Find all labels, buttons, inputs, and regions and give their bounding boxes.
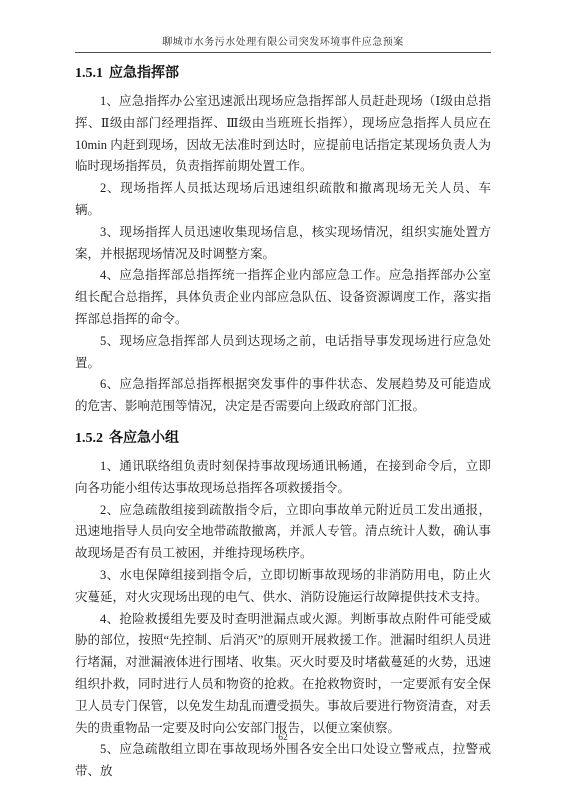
section-heading-1-5-2: 1.5.2各应急小组: [75, 430, 491, 448]
section-heading-1-5-1: 1.5.1应急指挥部: [75, 65, 491, 83]
section-number: 1.5.1: [75, 66, 103, 81]
paragraph: 3、现场指挥人员迅速收集现场信息，核实现场情况，组织实施处置方案，并根据现场情况…: [75, 222, 491, 266]
document-title: 聊城市水务污水处理有限公司突发环境事件应急预案: [75, 37, 491, 49]
paragraph: 1、应急指挥办公室迅速派出现场应急指挥部人员赶赴现场（Ⅰ级由总指挥、Ⅱ级由部门经…: [75, 91, 491, 178]
section-number: 1.5.2: [75, 431, 103, 446]
page-content: 聊城市水务污水处理有限公司突发环境事件应急预案 1.5.1应急指挥部 1、应急指…: [75, 0, 491, 783]
paragraph: 2、应急疏散组接到疏散指令后，立即向事故单元附近员工发出通报，迅速地指导人员向安…: [75, 500, 491, 565]
header-divider: [75, 52, 491, 53]
section-title: 应急指挥部: [109, 66, 179, 81]
paragraph: 4、抢险救援组先要及时查明泄漏点或火源。判断事故点附件可能受威胁的部位，按照“先…: [75, 609, 491, 740]
paragraph: 4、应急指挥部总指挥统一指挥企业内部应急工作。应急指挥部办公室组长配合总指挥，具…: [75, 265, 491, 330]
page-header: 聊城市水务污水处理有限公司突发环境事件应急预案: [75, 0, 491, 49]
paragraph: 2、现场指挥人员抵达现场后迅速组织疏散和撤离现场无关人员、车辆。: [75, 178, 491, 222]
paragraph: 5、应急疏散组立即在事故现场外围各安全出口处设立警戒点，拉警戒带、放: [75, 739, 491, 783]
page-footer: 62: [0, 733, 566, 743]
paragraph: 6、应急指挥部总指挥根据突发事件的事件状态、发展趋势及可能造成的危害、影响范围等…: [75, 374, 491, 418]
section-title: 各应急小组: [109, 431, 179, 446]
page-number: 62: [278, 733, 288, 743]
document-page: 聊城市水务污水处理有限公司突发环境事件应急预案 1.5.1应急指挥部 1、应急指…: [0, 0, 566, 800]
paragraph: 1、通讯联络组负责时刻保持事故现场通讯畅通，在接到命令后，立即向各功能小组传达事…: [75, 456, 491, 500]
paragraph: 3、水电保障组接到指令后，立即切断事故现场的非消防用电，防止火灾蔓延，对火灾现场…: [75, 565, 491, 609]
paragraph: 5、现场应急指挥部人员到达现场之前，电话指导事发现场进行应急处置。: [75, 331, 491, 375]
